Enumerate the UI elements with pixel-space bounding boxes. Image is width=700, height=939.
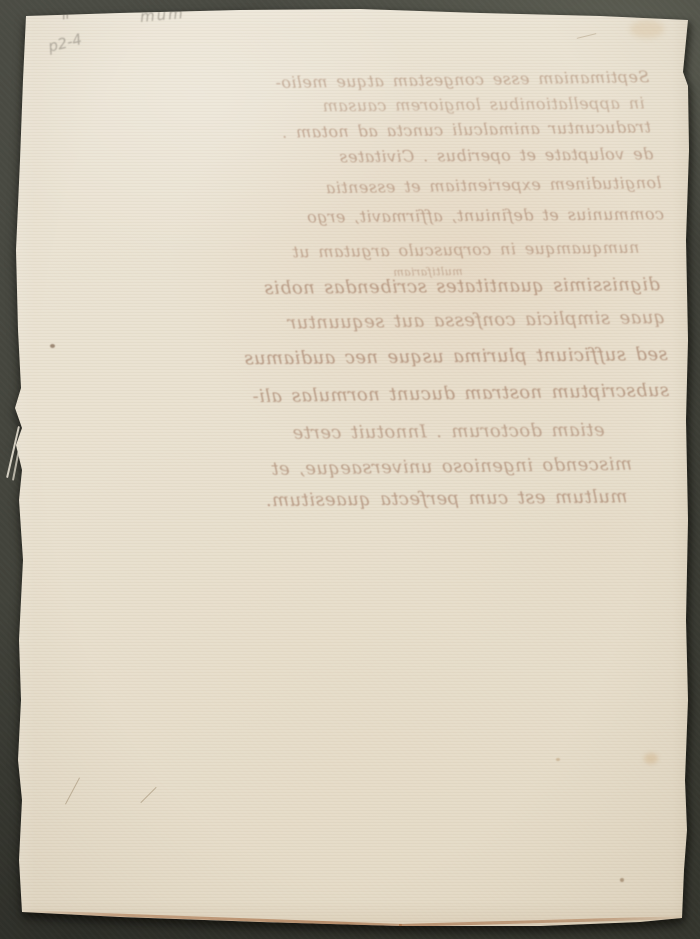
showthrough-line: communius et definiunt, affirmavit, ergo (267, 206, 667, 225)
pencil-mark-upper-left: p2-4 (46, 30, 83, 56)
speck (556, 758, 560, 761)
showthrough-line: traducuntur animalculi cuncta ad notam . (266, 119, 666, 141)
scan-background: ii mum p2-4 Septimaniam esse congestam a… (0, 0, 700, 939)
showthrough-line: dignissimis quantitates scribendas nobis (268, 276, 668, 298)
stain (630, 20, 664, 38)
showthrough-line: quae simplicia confessa aut sequuntur (268, 309, 668, 333)
ink-showthrough-text-block: Septimaniam esse congestam atque melio- … (265, 64, 671, 539)
speck (50, 344, 55, 348)
showthrough-line: miscendo ingenioso universaeque, et (270, 455, 670, 479)
showthrough-line: sed sufficiunt plurima usque nec audiamu… (269, 346, 669, 368)
page-bottom-edge (22, 910, 402, 927)
showthrough-line: Septimaniam esse congestam atque melio- (265, 69, 665, 91)
showthrough-line: numquamque in corpusculo argutam ut (267, 239, 667, 261)
showthrough-line: multum est cum perfecta quaesitum. (270, 488, 670, 510)
crease-line (65, 778, 80, 805)
showthrough-line: longitudinem experientiam et essentia (266, 175, 666, 197)
page-bottom-edge (399, 916, 683, 927)
pencil-mark-top-center: mum (139, 4, 185, 26)
crease-line (140, 787, 156, 803)
speck (620, 878, 624, 882)
showthrough-line: etiam doctorum . Innotuit certe (270, 421, 670, 443)
manuscript-page-wrap: ii mum p2-4 Septimaniam esse congestam a… (0, 0, 700, 939)
showthrough-line: subscriptum nostram ducunt normulas ali- (269, 382, 669, 406)
showthrough-line: de voluptate et operibus . Civitates (266, 146, 666, 166)
stain (644, 753, 658, 764)
crease-line (577, 33, 597, 39)
showthrough-line: in appellationibus longiorem causam (266, 95, 666, 114)
manuscript-page: ii mum p2-4 Septimaniam esse congestam a… (0, 0, 700, 939)
pencil-mark-top-left: ii (61, 7, 71, 23)
